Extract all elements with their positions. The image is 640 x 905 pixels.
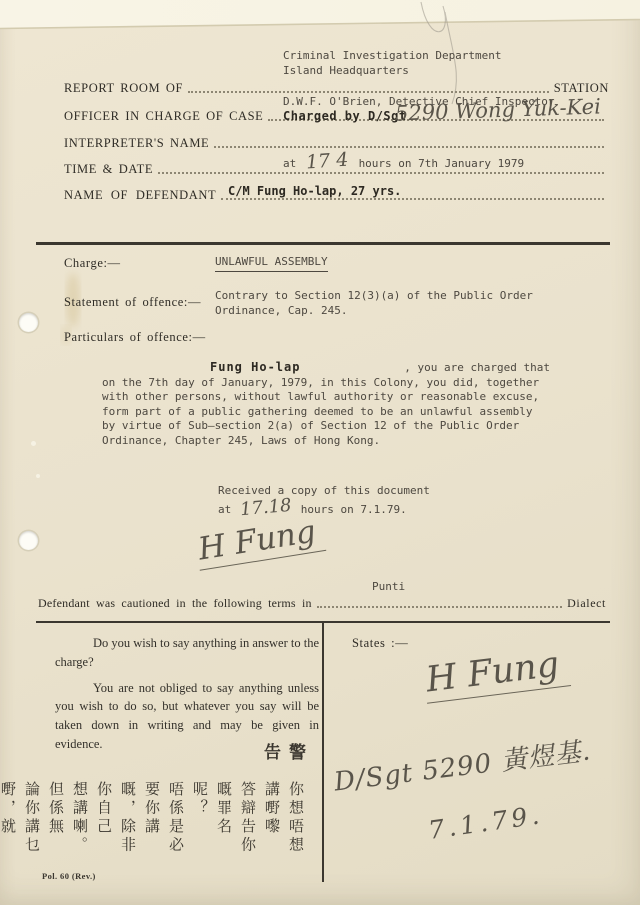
- time-date-label: TIME & DATE: [64, 162, 153, 177]
- dotted-leader: [317, 596, 562, 608]
- charge-label: Charge:—: [64, 256, 121, 271]
- report-room-label: REPORT ROOM OF: [64, 81, 183, 96]
- states-handwritten-officer: D/Sgt 5290 黃煜基.: [332, 730, 593, 798]
- paper-speck: [31, 441, 36, 446]
- department-header: Criminal Investigation Department Island…: [283, 49, 502, 78]
- defendant-label: NAME OF DEFENDANT: [64, 188, 216, 203]
- dialect-label: Dialect: [567, 596, 606, 611]
- paper-speck: [36, 474, 40, 478]
- hole-punch-bottom: [19, 531, 38, 550]
- charged-by-stamp: Charged by D/Sgt: [283, 109, 407, 124]
- particulars-defendant-name: Fung Ho-lap: [210, 360, 300, 375]
- dotted-leader: [221, 188, 604, 200]
- field-report-room: REPORT ROOM OF STATION: [64, 78, 609, 96]
- warning-body-zh: 你想唔想講嘢嚟 答辯告你嘅罪名 呢？ 唔係是必要你講 嘅，除非你自己 想講喇。但…: [0, 781, 308, 867]
- form-number: Pol. 60 (Rev.): [42, 871, 96, 881]
- particulars-of-offence-label: Particulars of offence:—: [64, 330, 206, 345]
- states-label: States :—: [352, 636, 408, 651]
- answer-box-divider: [322, 621, 324, 882]
- hole-punch-top: [19, 313, 38, 332]
- field-caution-dialect: Defendant was cautioned in the following…: [38, 593, 606, 611]
- warning-title-zh: 警告: [0, 727, 308, 781]
- states-handwritten-date: 7.1.79.: [427, 800, 545, 845]
- particulars-body: on the 7th day of January, 1979, in this…: [102, 376, 550, 449]
- officer-label: OFFICER IN CHARGE OF CASE: [64, 109, 263, 124]
- caution-text: Defendant was cautioned in the following…: [38, 596, 312, 611]
- field-defendant: NAME OF DEFENDANT: [64, 185, 609, 203]
- dotted-leader: [188, 81, 549, 93]
- receipt-line2-prefix: at: [218, 503, 231, 516]
- receipt-time-handwritten: 17.18: [239, 495, 292, 520]
- states-signature: H Fung: [422, 643, 572, 703]
- caution-warning-zh: 警告 你想唔想講嘢嚟 答辯告你嘅罪名 呢？ 唔係是必要你講 嘅，除非你自己 想講…: [0, 727, 308, 867]
- charge-sheet-document: Criminal Investigation Department Island…: [0, 0, 640, 905]
- interpreter-label: INTERPRETER'S NAME: [64, 136, 209, 151]
- defendant-signature: H Fung: [194, 512, 327, 571]
- statement-of-offence-value: Contrary to Section 12(3)(a) of the Publ…: [215, 289, 533, 318]
- statement-of-offence-label: Statement of offence:—: [64, 295, 201, 310]
- field-time-date: TIME & DATE: [64, 159, 609, 177]
- paper-top-edge: [0, 0, 640, 30]
- dotted-leader: [158, 162, 604, 174]
- station-label: STATION: [554, 81, 609, 96]
- charge-value: UNLAWFUL ASSEMBLY: [215, 255, 328, 272]
- particulars-after-name: , you are charged that: [404, 361, 550, 376]
- particulars-paragraph: Fung Ho-lap , you are charged that on th…: [102, 360, 550, 448]
- dotted-leader: [214, 136, 604, 148]
- section-divider-rule: [36, 242, 610, 245]
- question-para1: Do you wish to say anything in answer to…: [55, 634, 319, 672]
